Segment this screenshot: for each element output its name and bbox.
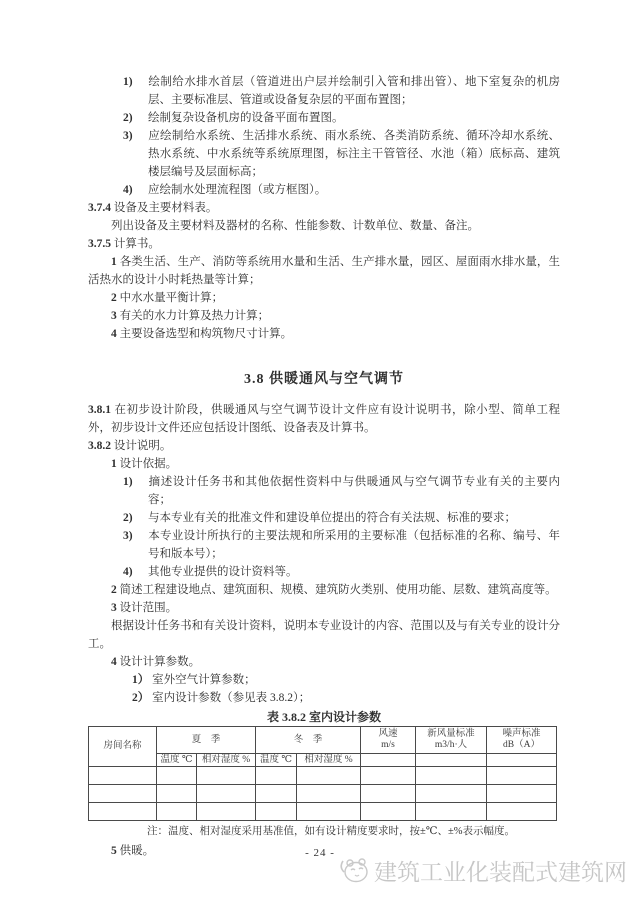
section-number: 3.8.2 [88,440,111,452]
section-3-7-5: 3.7.5 计算书。 [88,235,560,253]
item-marker: 4 [111,328,117,340]
list-item: 1 各类生活、生产、消防等系统用水量和生活、生产排水量，园区、屋面雨水排水量，生… [88,253,560,289]
subheader-empty [487,754,557,767]
list-item: 3 设计范围。 [88,599,560,617]
item-text: 有关的水力计算及热力计算； [120,310,270,322]
item-marker: 2) [123,109,148,127]
item-text: 绘制给水排水首层（管道进出户层并绘制引入管和排出管）、地下室复杂的机房层、主要标… [148,76,560,106]
watermark-text: 建筑工业化装配式建筑网 [374,855,627,891]
watermark: 建筑工业化装配式建筑网 [337,849,627,896]
subheader-rh-winter: 相对湿度 % [297,754,361,767]
section-title: 计算书。 [114,238,160,250]
item-marker: 4 [111,656,117,668]
subheader-rh-summer: 相对湿度 % [197,754,256,767]
section-number: 3.7.5 [88,238,111,250]
item-marker: 3) [123,527,148,545]
section-number: 3.8.1 [88,404,111,416]
list-item: 2） 室内设计参数（参见表 3.8.2）； [88,689,560,707]
item-marker: 4) [123,563,148,581]
item-marker: 1） [132,674,149,686]
table-title: 表 3.8.2 室内设计参数 [88,711,560,723]
header-line: 新风量标准 [427,729,475,739]
table-cell [361,785,416,803]
item-marker: 2） [132,692,149,704]
item-marker: 1) [123,73,148,91]
section-title: 设备及主要材料表。 [114,202,218,214]
item-text: 应绘制给水系统、生活排水系统、雨水系统、各类消防系统、循环冷却水系统、热水系统、… [148,130,560,178]
chapter-heading: 3.8 供暖通风与空气调节 [88,370,560,390]
subheader-empty [361,754,416,767]
table-cell [157,785,197,803]
list-item: 1 设计依据。 [88,455,560,473]
table-cell [157,767,197,785]
indoor-design-parameters-table: 房间名称 夏 季 冬 季 风速m/s 新风量标准m3/h·人 噪声标准dB（A）… [88,726,557,821]
col-header-fresh-air: 新风量标准m3/h·人 [416,727,487,754]
list-item: 3)应绘制给水系统、生活排水系统、雨水系统、各类消防系统、循环冷却水系统、热水系… [88,127,560,181]
list-item: 1)摘述设计任务书和其他依据性资料中与供暖通风与空气调节专业有关的主要内容； [88,473,560,509]
table-cell [157,803,197,821]
table-cell [361,767,416,785]
table-cell [297,803,361,821]
table-cell [361,803,416,821]
list-item: 2)绘制复杂设备机房的设备平面布置图。 [88,109,560,127]
section-3-8-1: 3.8.1 在初步设计阶段，供暖通风与空气调节设计文件应有设计说明书，除小型、简… [88,401,560,437]
subheader-empty [416,754,487,767]
col-header-summer: 夏 季 [157,727,256,754]
col-header-room: 房间名称 [89,727,157,767]
item-marker: 1 [111,256,117,268]
item-text: 设计计算参数。 [120,656,201,668]
list-item: 4 主要设备选型和构筑物尺寸计算。 [88,325,560,343]
item-text: 其他专业提供的设计资料等。 [148,566,298,578]
col-header-noise: 噪声标准dB（A） [487,727,557,754]
header-line: 风速 [379,729,398,739]
header-line: dB（A） [503,740,540,750]
list-item: 4)其他专业提供的设计资料等。 [88,563,560,581]
item-marker: 2 [111,292,117,304]
item-text: 本专业设计所执行的主要法规和所采用的主要标准（包括标准的名称、编号、年号和版本号… [148,530,560,560]
table-cell [487,803,557,821]
table-cell [487,767,557,785]
list-item: 2)与本专业有关的批准文件和建设单位提出的符合有关法规、标准的要求； [88,509,560,527]
list-item: 3 有关的水力计算及热力计算； [88,307,560,325]
item-marker: 3) [123,127,148,145]
list-item: 3)本专业设计所执行的主要法规和所采用的主要标准（包括标准的名称、编号、年号和版… [88,527,560,563]
table-cell [297,785,361,803]
table-row [89,803,557,821]
item-text: 各类生活、生产、消防等系统用水量和生活、生产排水量，园区、屋面雨水排水量，生活热… [88,256,560,286]
item-text: 绘制复杂设备机房的设备平面布置图。 [148,112,344,124]
page-content: 1)绘制给水排水首层（管道进出户层并绘制引入管和排出管）、地下室复杂的机房层、主… [88,73,560,860]
table-note: 注：温度、相对湿度采用基准值，如有设计精度要求时，按±℃、±%表示幅度。 [88,824,560,839]
list-item: 1） 室外空气计算参数； [88,671,560,689]
table-cell [416,767,487,785]
item-text: 设计依据。 [120,458,178,470]
item-marker: 1) [123,473,148,491]
item-text: 摘述设计任务书和其他依据性资料中与供暖通风与空气调节专业有关的主要内容； [148,476,560,506]
table-row [89,785,557,803]
header-line: m3/h·人 [435,740,467,750]
item-text: 应绘制水处理流程图（或方框图）。 [148,184,326,196]
table-cell [256,803,297,821]
table-cell [256,785,297,803]
list-item: 2 中水水量平衡计算； [88,289,560,307]
item-marker: 2) [123,509,148,527]
item-marker: 2 [111,584,117,596]
panda-logo-icon [337,849,373,896]
section-3-8-2: 3.8.2 设计说明。 [88,437,560,455]
table-cell [487,785,557,803]
item-marker: 1 [111,458,117,470]
col-header-wind: 风速m/s [361,727,416,754]
item-marker: 4) [123,181,148,199]
list-item: 4 设计计算参数。 [88,653,560,671]
table-cell [416,785,487,803]
table-cell [197,767,256,785]
table-cell [89,803,157,821]
document-page: 1)绘制给水排水首层（管道进出户层并绘制引入管和排出管）、地下室复杂的机房层、主… [0,0,640,905]
list-item: 2 简述工程建设地点、建筑面积、规模、建筑防火类别、使用功能、层数、建筑高度等。 [88,581,560,599]
col-header-winter: 冬 季 [256,727,361,754]
list-item: 1)绘制给水排水首层（管道进出户层并绘制引入管和排出管）、地下室复杂的机房层、主… [88,73,560,109]
paragraph: 根据设计任务书和有关设计资料，说明本专业设计的内容、范围以及与有关专业的设计分工… [88,617,560,653]
item-marker: 3 [111,310,117,322]
header-line: 噪声标准 [503,729,541,739]
table-cell [89,785,157,803]
item-text: 与本专业有关的批准文件和建设单位提出的符合有关法规、标准的要求； [148,512,516,524]
item-text: 主要设备选型和构筑物尺寸计算。 [120,328,293,340]
table-cell [89,767,157,785]
header-line: m/s [381,740,395,750]
table-cell [197,803,256,821]
table-cell [256,767,297,785]
subheader-temp-winter: 温度 ℃ [256,754,297,767]
list-item: 4)应绘制水处理流程图（或方框图）。 [88,181,560,199]
paragraph: 列出设备及主要材料及器材的名称、性能参数、计数单位、数量、备注。 [88,217,560,235]
section-title: 设计说明。 [114,440,172,452]
section-number: 3.7.4 [88,202,111,214]
item-text: 室外空气计算参数； [152,674,256,686]
item-text: 简述工程建设地点、建筑面积、规模、建筑防火类别、使用功能、层数、建筑高度等。 [120,584,557,596]
item-text: 中水水量平衡计算； [120,292,224,304]
item-marker: 3 [111,602,117,614]
table-cell [197,785,256,803]
table-cell [416,803,487,821]
table-row [89,767,557,785]
item-text: 室内设计参数（参见表 3.8.2）； [152,692,310,704]
item-text: 设计范围。 [120,602,178,614]
table-cell [297,767,361,785]
section-3-7-4: 3.7.4 设备及主要材料表。 [88,199,560,217]
section-text: 在初步设计阶段，供暖通风与空气调节设计文件应有设计说明书，除小型、简单工程外，初… [88,404,560,434]
subheader-temp-summer: 温度 ℃ [157,754,197,767]
